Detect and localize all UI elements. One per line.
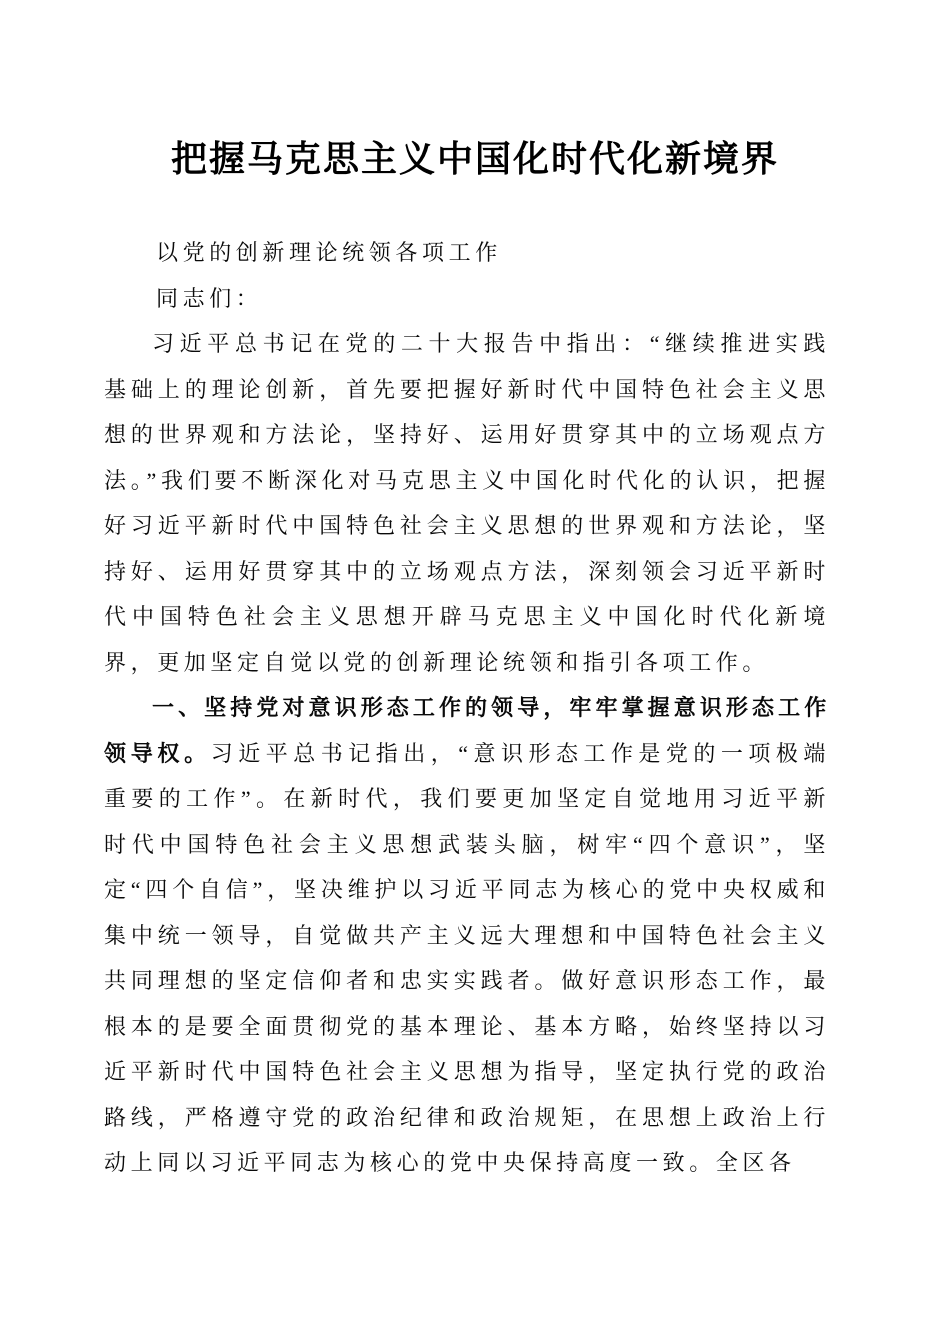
salutation-line: 同志们： — [104, 276, 830, 322]
document-title: 把握马克思主义中国化时代化新境界 — [0, 138, 950, 180]
section-1-paragraph: 一、坚持党对意识形态工作的领导，牢牢掌握意识形态工作领导权。习近平总书记指出，“… — [104, 685, 830, 1186]
document-page: 把握马克思主义中国化时代化新境界 以党的创新理论统领各项工作 同志们： 习近平总… — [0, 0, 950, 1344]
section-1-body-text: 习近平总书记指出，“意识形态工作是党的一项极端重要的工作”。在新时代，我们要更加… — [104, 741, 830, 1176]
subtitle-line: 以党的创新理论统领各项工作 — [104, 230, 830, 276]
intro-paragraph: 习近平总书记在党的二十大报告中指出：“继续推进实践基础上的理论创新，首先要把握好… — [104, 321, 830, 685]
document-body: 以党的创新理论统领各项工作 同志们： 习近平总书记在党的二十大报告中指出：“继续… — [104, 230, 830, 1186]
